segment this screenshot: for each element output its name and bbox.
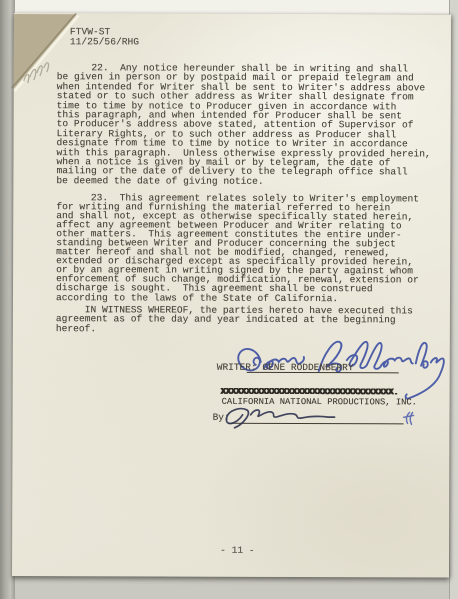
producer-signature-path xyxy=(226,409,334,429)
page-number: - 11 - xyxy=(220,545,255,556)
paragraph-23: 23. This agreement relates solely to Wri… xyxy=(56,193,419,303)
producer-signature-script xyxy=(221,403,341,433)
blue-pencil-mark xyxy=(402,410,416,426)
photo-background-top xyxy=(0,0,458,14)
production-stamp: FTVW-ST 11/25/56/RHG xyxy=(70,27,139,48)
scanned-contract-photo: FTVW-ST 11/25/56/RHG 22. Any notice here… xyxy=(0,0,458,599)
photo-background-bottom xyxy=(0,576,458,599)
blue-mark-path xyxy=(404,412,414,424)
struck-out-text: XXXXXXXXXXXXXXXXXXXXXXXXXXXXXXXXXX. xyxy=(221,387,399,398)
contract-page: FTVW-ST 11/25/56/RHG 22. Any notice here… xyxy=(12,13,451,578)
paragraph-22: 22. Any notice hereunder shall be in wri… xyxy=(56,63,431,187)
